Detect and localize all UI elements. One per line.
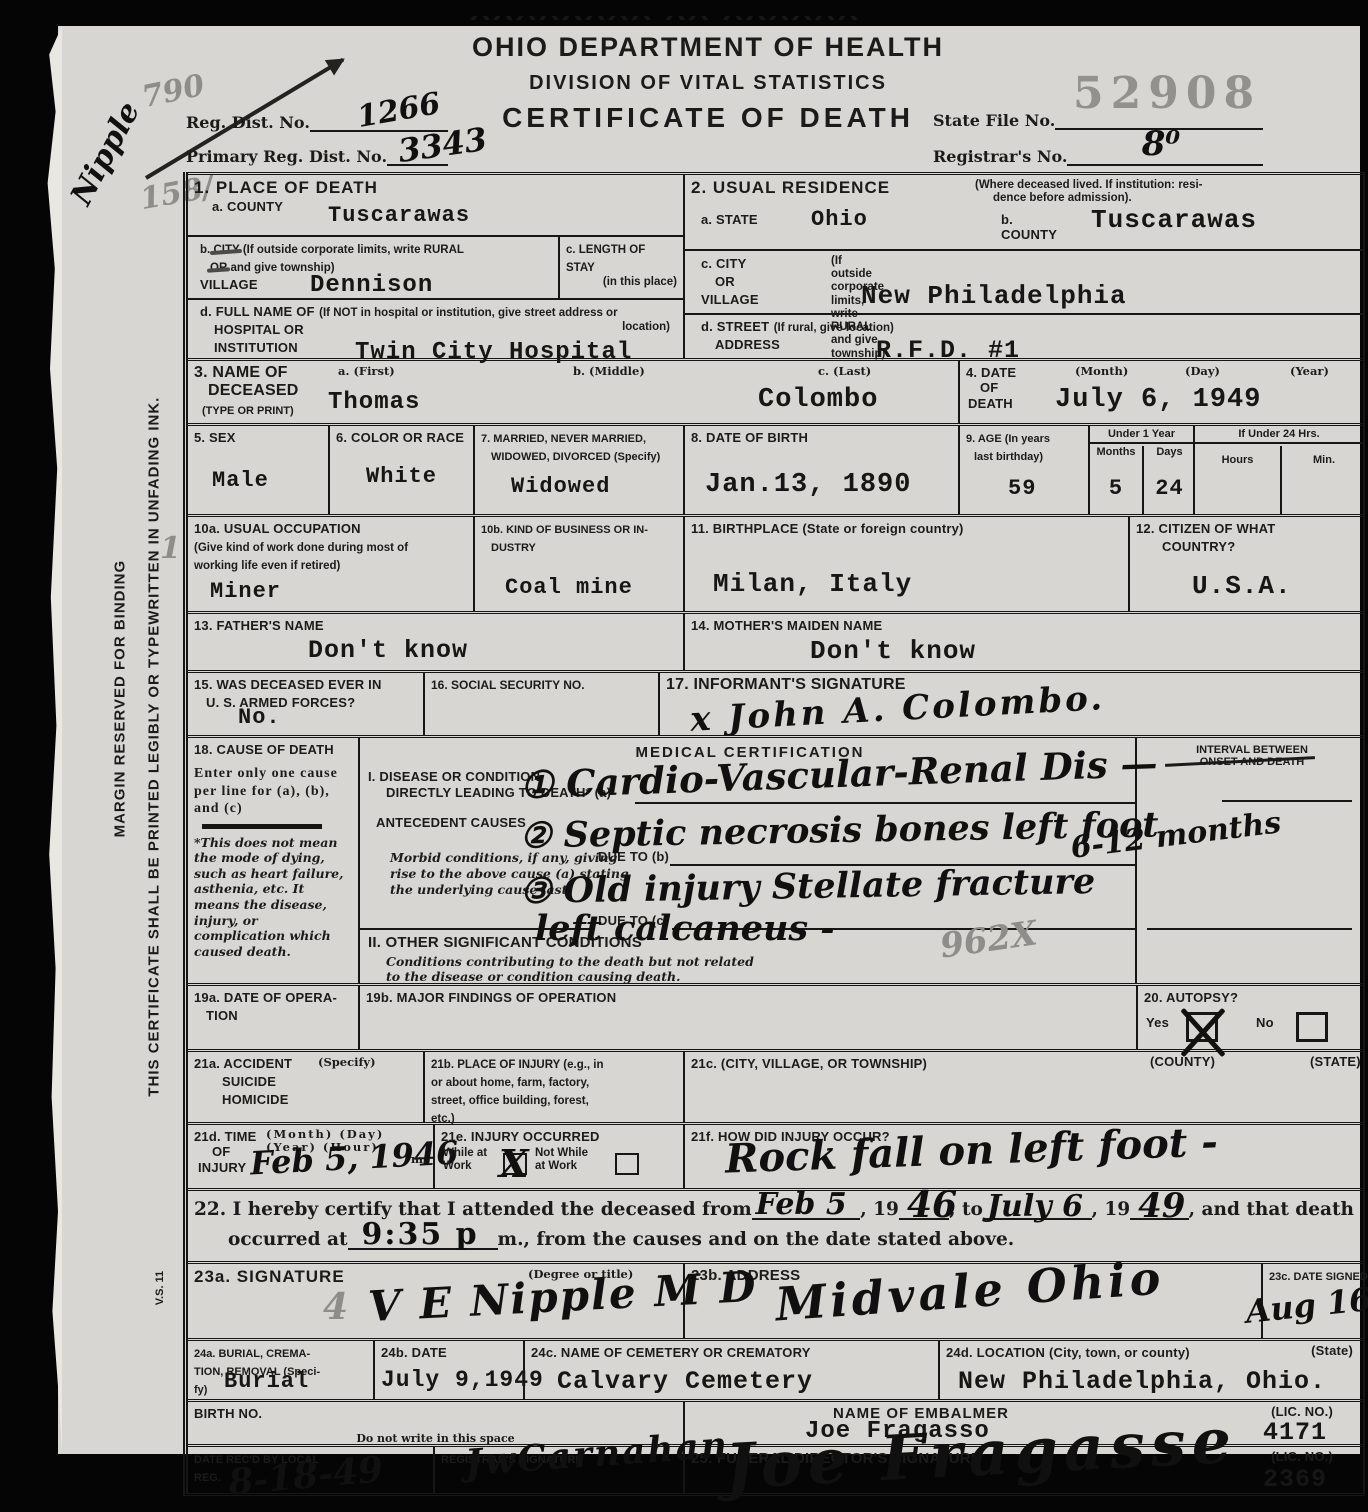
field-funeral-director: 25. FUNERAL DIRECTOR'S SIGNATURE (LIC. N… bbox=[683, 1447, 1363, 1493]
pencil-note-1: 1 bbox=[160, 531, 181, 566]
birthplace-label: 11. BIRTHPLACE (State or foreign country… bbox=[691, 521, 964, 536]
hours-label: Hours bbox=[1195, 454, 1280, 466]
cemetery-value: Calvary Cemetery bbox=[557, 1367, 813, 1396]
race-label: 6. COLOR OR RACE bbox=[336, 430, 464, 445]
findings-label: 19b. MAJOR FINDINGS OF OPERATION bbox=[366, 990, 616, 1005]
certify-to-value: July 6 bbox=[987, 1189, 1083, 1224]
county-label: a. COUNTY bbox=[212, 199, 283, 214]
date-recd-label2: REG. bbox=[194, 1472, 221, 1484]
ssn-label: 16. SOCIAL SECURITY NO. bbox=[431, 678, 585, 692]
field-cause-notes: 18. CAUSE OF DEATH Enter only one cause … bbox=[188, 738, 358, 983]
row-place-residence: 1. PLACE OF DEATH a. COUNTY Tuscarawas b… bbox=[188, 172, 1363, 358]
field-age: 9. AGE (In years last birthday) 59 bbox=[958, 426, 1088, 514]
state-label: a. STATE bbox=[701, 212, 758, 227]
accident-label2: SUICIDE bbox=[222, 1074, 276, 1089]
field-industry: 10b. KIND OF BUSINESS OR IN- DUSTRY Coal… bbox=[473, 517, 683, 611]
birth-no-label: BIRTH NO. bbox=[194, 1406, 262, 1421]
physician-pencil-4: 4 bbox=[323, 1286, 348, 1328]
certify-y1: , 19 bbox=[860, 1199, 899, 1220]
occupation-note: (Give kind of work done during most of bbox=[194, 542, 408, 555]
field-informant: 17. INFORMANT'S SIGNATURE x John A. Colo… bbox=[658, 673, 1363, 735]
injury-time-label3: INJURY bbox=[198, 1161, 246, 1176]
burial-loc-label: 24d. LOCATION (City, town, or county) bbox=[946, 1345, 1190, 1360]
reg-dist-label: Reg. Dist. No. bbox=[186, 113, 310, 132]
forces-value: No. bbox=[238, 705, 281, 730]
industry-label: 10b. KIND OF BUSINESS OR IN- bbox=[481, 524, 648, 536]
injury-place-label2: or about home, farm, factory, bbox=[431, 1077, 589, 1089]
autopsy-no-label: No bbox=[1256, 1016, 1274, 1031]
row-cause-of-death: 18. CAUSE OF DEATH Enter only one cause … bbox=[188, 735, 1363, 983]
cause-line-c2: left calcaneus - bbox=[535, 908, 835, 949]
dod-year: (Year) bbox=[1290, 365, 1329, 378]
dod-value: July 6, 1949 bbox=[1055, 385, 1261, 415]
physician-addr-value: Midvale Ohio bbox=[774, 1250, 1166, 1331]
burial-loc-value: New Philadelphia, Ohio. bbox=[958, 1367, 1326, 1396]
field-under-1-year: Under 1 Year Months 5 Days 24 bbox=[1088, 426, 1193, 514]
header: OHIO DEPARTMENT OF HEALTH DIVISION OF VI… bbox=[388, 32, 1028, 134]
row-occupation-birthplace: 10a. USUAL OCCUPATION (Give kind of work… bbox=[188, 514, 1363, 611]
field-date-of-operation: 19a. DATE OF OPERA- TION bbox=[188, 986, 358, 1049]
field-birthplace: 11. BIRTHPLACE (State or foreign country… bbox=[683, 517, 1128, 611]
field-injury-occurred: 21e. INJURY OCCURRED While atWork X Not … bbox=[433, 1125, 683, 1188]
mother-label: 14. MOTHER'S MAIDEN NAME bbox=[691, 618, 882, 633]
dob-value: Jan.13, 1890 bbox=[705, 470, 911, 500]
op-date-label: 19a. DATE OF OPERA- bbox=[194, 990, 337, 1005]
usual-residence-label: 2. USUAL RESIDENCE bbox=[691, 178, 890, 197]
occupation-label: 10a. USUAL OCCUPATION bbox=[194, 521, 361, 536]
certify-from-value: Feb 5 bbox=[756, 1187, 847, 1222]
middle-label: b. (Middle) bbox=[573, 365, 645, 378]
field-father: 13. FATHER'S NAME Don't know bbox=[188, 614, 683, 670]
res-city-label: c. CITY bbox=[701, 256, 746, 271]
occupation-note2: working life even if retired) bbox=[194, 560, 340, 572]
margin-binding-text: MARGIN RESERVED FOR BINDING bbox=[111, 389, 128, 1009]
injury-place-label: 21b. PLACE OF INJURY (e.g., in bbox=[431, 1059, 604, 1071]
birthplace-value: Milan, Italy bbox=[713, 569, 912, 599]
race-value: White bbox=[366, 464, 437, 489]
citizen-label2: COUNTRY? bbox=[1162, 539, 1235, 554]
not-while-checkbox[interactable] bbox=[615, 1153, 639, 1175]
certify-post: , and that death bbox=[1189, 1199, 1354, 1220]
cause-pencil-962x: 962X bbox=[938, 913, 1040, 966]
while-at-work-label2: Work bbox=[443, 1160, 472, 1172]
field-citizen: 12. CITIZEN OF WHAT COUNTRY? U.S.A. bbox=[1128, 517, 1363, 611]
margin-ink-text: THIS CERTIFICATE SHALL BE PRINTED LEGIBL… bbox=[145, 219, 162, 1275]
usual-residence-note2: dence before admission). bbox=[993, 192, 1132, 204]
field-physician-address: 23b. ADDRESS Midvale Ohio bbox=[683, 1264, 1261, 1338]
hospital-label3: INSTITUTION bbox=[214, 340, 298, 355]
row-sex-race-birth: 5. SEX Male 6. COLOR OR RACE White 7. MA… bbox=[188, 423, 1363, 514]
injury-time-label: 21d. TIME bbox=[194, 1129, 256, 1144]
row-burial: 24a. BURIAL, CREMA- TION, REMOVAL (Speci… bbox=[188, 1338, 1363, 1399]
certify-y1-value: 46 bbox=[907, 1184, 957, 1226]
or-label-struck: OR bbox=[210, 262, 227, 275]
field-name-of-deceased: 3. NAME OF DECEASED (TYPE OR PRINT) a. (… bbox=[188, 361, 958, 423]
street-label: d. STREET bbox=[701, 319, 769, 334]
mother-value: Don't know bbox=[810, 636, 976, 666]
first-value: Thomas bbox=[328, 389, 420, 416]
father-label: 13. FATHER'S NAME bbox=[194, 618, 324, 633]
field-burial-date: 24b. DATE July 9,1949 bbox=[373, 1341, 523, 1399]
field-accident-type: 21a. ACCIDENT (Specify) SUICIDE HOMICIDE bbox=[188, 1052, 423, 1122]
form-number-vs11: V.S. 11 bbox=[154, 1258, 166, 1318]
dod-label3: DEATH bbox=[968, 397, 1013, 412]
age-label: 9. AGE (In years bbox=[966, 433, 1050, 445]
field-time-of-injury: 21d. TIME (Month) (Day) (Year) (Hour) OF… bbox=[188, 1125, 433, 1188]
res-city-or: OR bbox=[715, 274, 735, 289]
citizen-value: U.S.A. bbox=[1192, 571, 1292, 601]
place-of-death-label: 1. PLACE OF DEATH bbox=[194, 178, 378, 197]
medical-certification: MEDICAL CERTIFICATION I. DISEASE OR COND… bbox=[358, 738, 1363, 983]
field-autopsy: 20. AUTOPSY? Yes No bbox=[1136, 986, 1363, 1049]
field-color-race: 6. COLOR OR RACE White bbox=[328, 426, 473, 514]
hospital-note: (If NOT in hospital or institution, give… bbox=[319, 307, 617, 319]
last-label: c. (Last) bbox=[818, 365, 871, 378]
res-city-value: New Philadelphia bbox=[861, 281, 1127, 311]
length-of-stay-label: c. LENGTH OF STAY bbox=[566, 244, 645, 274]
row-certify: 22. I hereby certify that I attended the… bbox=[188, 1188, 1363, 1261]
while-at-work-label: While atWork bbox=[443, 1147, 487, 1173]
header-dept: OHIO DEPARTMENT OF HEALTH bbox=[388, 32, 1028, 63]
father-value: Don't know bbox=[308, 636, 468, 665]
primary-reg-label: Primary Reg. Dist. No. bbox=[186, 147, 387, 166]
row-registrar: DATE REC'D BY LOCAL REG. 8-18-49 REGISTR… bbox=[188, 1444, 1363, 1493]
med-i-label: I. DISEASE OR CONDITION bbox=[368, 770, 540, 785]
row-operation-autopsy: 19a. DATE OF OPERA- TION 19b. MAJOR FIND… bbox=[188, 983, 1363, 1049]
field-date-of-death: 4. DATE (Month) (Day) (Year) OF DEATH Ju… bbox=[958, 361, 1363, 423]
street-note: (If rural, give location) bbox=[774, 322, 894, 334]
burial-loc-state: (State) bbox=[1311, 1344, 1353, 1359]
state-file-label: State File No. bbox=[933, 111, 1055, 130]
header-division: DIVISION OF VITAL STATISTICS bbox=[388, 72, 1028, 95]
field-physician-signature: 23a. SIGNATURE (Degree or title) 4 V E N… bbox=[188, 1264, 683, 1338]
injury-time-m: m. bbox=[411, 1153, 427, 1166]
certify-time-value: 9:35 p bbox=[362, 1217, 479, 1252]
min-label: Min. bbox=[1282, 454, 1366, 466]
city-b-prefix: b. bbox=[200, 244, 210, 256]
forces-label: 15. WAS DECEASED EVER IN bbox=[194, 677, 382, 692]
city-note: (If outside corporate limits, write RURA… bbox=[243, 244, 464, 256]
torn-paper-edge bbox=[46, 26, 62, 1454]
marital-label2: WIDOWED, DIVORCED (Specify) bbox=[491, 451, 660, 463]
dod-day: (Day) bbox=[1185, 365, 1220, 378]
industry-label2: DUSTRY bbox=[491, 542, 536, 554]
dod-month: (Month) bbox=[1075, 365, 1128, 378]
under1-label: Under 1 Year bbox=[1090, 426, 1193, 444]
age-value: 59 bbox=[1008, 476, 1036, 501]
registrar-no-value: 8⁰ bbox=[1142, 124, 1181, 164]
field-under-24-hrs: If Under 24 Hrs. Hours Min. bbox=[1193, 426, 1363, 514]
burial-value: Burial bbox=[224, 1369, 309, 1394]
months-label: Months bbox=[1090, 446, 1142, 458]
field-usual-residence: 2. USUAL RESIDENCE (Where deceased lived… bbox=[683, 175, 1363, 358]
res-city-village: VILLAGE bbox=[701, 292, 759, 307]
top-edge-cutoff-text: XXXXXXXX XX XXXXXX bbox=[470, 16, 1090, 28]
burial-label: 24a. BURIAL, CREMA- bbox=[194, 1348, 310, 1360]
hospital-note2: location) bbox=[622, 321, 670, 334]
days-value: 24 bbox=[1144, 476, 1195, 501]
cause-line-b: ② Septic necrosis bones left foot bbox=[520, 804, 1159, 856]
field-how-injury: 21f. HOW DID INJURY OCCUR? Rock fall on … bbox=[683, 1125, 1363, 1188]
age-label2: last birthday) bbox=[974, 451, 1043, 463]
injury-place-label3: street, office building, forest, bbox=[431, 1095, 589, 1107]
certificate-paper: MARGIN RESERVED FOR BINDING THIS CERTIFI… bbox=[58, 26, 1360, 1454]
field-major-findings: 19b. MAJOR FINDINGS OF OPERATION bbox=[358, 986, 1136, 1049]
dod-label: 4. DATE bbox=[966, 365, 1016, 380]
cemetery-label: 24c. NAME OF CEMETERY OR CREMATORY bbox=[531, 1345, 811, 1360]
field-armed-forces: 15. WAS DECEASED EVER IN U. S. ARMED FOR… bbox=[188, 673, 423, 735]
not-while-label2: at Work bbox=[535, 1160, 577, 1172]
length-of-stay: c. LENGTH OF STAY (in this place) bbox=[558, 237, 683, 298]
injury-state-label: (STATE) bbox=[1310, 1055, 1361, 1070]
under24-label: If Under 24 Hrs. bbox=[1195, 426, 1363, 444]
field-place-of-death: 1. PLACE OF DEATH a. COUNTY Tuscarawas b… bbox=[188, 175, 683, 358]
sex-value: Male bbox=[212, 468, 269, 493]
cause-line-c1: ③ Old injury Stellate fracture bbox=[520, 861, 1096, 912]
county-value: Tuscarawas bbox=[328, 203, 470, 228]
sex-label: 5. SEX bbox=[194, 430, 236, 445]
certify-line2-post: m., from the causes and on the date stat… bbox=[498, 1229, 1015, 1250]
field-sex: 5. SEX Male bbox=[188, 426, 328, 514]
med-ii-note1: Conditions contributing to the death but… bbox=[386, 954, 754, 970]
row-name-dod: 3. NAME OF DECEASED (TYPE OR PRINT) a. (… bbox=[188, 358, 1363, 423]
injury-city-label: 21c. (CITY, VILLAGE, OR TOWNSHIP) bbox=[691, 1056, 927, 1071]
interval-column: INTERVAL BETWEEN ONSET AND DEATH bbox=[1135, 738, 1367, 983]
name-label: 3. NAME OF bbox=[194, 364, 288, 381]
city-value: Dennison bbox=[310, 272, 433, 299]
autopsy-no-checkbox[interactable] bbox=[1296, 1012, 1328, 1042]
cause-note1: Enter only one cause per line for (a), (… bbox=[194, 765, 352, 818]
field-registrar-signature: REGISTRAR'S SIGNATURE JwCarnahan bbox=[433, 1447, 683, 1493]
name-label2: DECEASED bbox=[208, 382, 299, 399]
op-date-label2: TION bbox=[206, 1008, 238, 1023]
margin-name-note: Nipple bbox=[64, 96, 147, 211]
burial-label3: fy) bbox=[194, 1384, 207, 1396]
marital-label: 7. MARRIED, NEVER MARRIED, bbox=[481, 433, 646, 445]
funeral-lic-label: (LIC. NO.) bbox=[1271, 1450, 1333, 1465]
field-dob: 8. DATE OF BIRTH Jan.13, 1890 bbox=[683, 426, 958, 514]
burial-date-value: July 9,1949 bbox=[381, 1367, 544, 1393]
scanned-death-certificate: MARGIN RESERVED FOR BINDING THIS CERTIFI… bbox=[0, 0, 1368, 1512]
first-label: a. (First) bbox=[338, 365, 395, 378]
street-label2: ADDRESS bbox=[715, 337, 780, 352]
months-value: 5 bbox=[1090, 476, 1142, 501]
while-at-work-x: X bbox=[499, 1141, 528, 1186]
dod-label2: OF bbox=[980, 381, 998, 396]
accident-label: 21a. ACCIDENT bbox=[194, 1056, 292, 1071]
marital-value: Widowed bbox=[511, 474, 610, 499]
header-right-fields: State File No. Registrar's No. 8⁰ bbox=[933, 98, 1263, 166]
accident-label3: HOMICIDE bbox=[222, 1092, 289, 1107]
row-physician: 23a. SIGNATURE (Degree or title) 4 V E N… bbox=[188, 1261, 1363, 1338]
name-label3: (TYPE OR PRINT) bbox=[202, 405, 294, 417]
field-date-signed: 23c. DATE SIGNED Aug 16, 1949. bbox=[1261, 1264, 1363, 1338]
hospital-label2: HOSPITAL OR bbox=[214, 322, 304, 337]
forces-label2: U. S. ARMED FORCES? bbox=[206, 695, 355, 710]
certify-y2: , 19 bbox=[1092, 1199, 1131, 1220]
days-label: Days bbox=[1144, 446, 1195, 458]
village-label: VILLAGE bbox=[200, 277, 258, 292]
field-ssn: 16. SOCIAL SECURITY NO. bbox=[423, 673, 658, 735]
embalmer-lic: 4171 bbox=[1263, 1418, 1327, 1447]
interval-label1: INTERVAL BETWEEN bbox=[1137, 744, 1367, 756]
form: 1. PLACE OF DEATH a. COUNTY Tuscarawas b… bbox=[183, 172, 1365, 1496]
certify-y2-value: 49 bbox=[1138, 1186, 1185, 1226]
citizen-label: 12. CITIZEN OF WHAT bbox=[1136, 521, 1275, 536]
funeral-lic: 2369 bbox=[1263, 1465, 1327, 1494]
length-of-stay-note: (in this place) bbox=[603, 276, 677, 289]
last-value: Colombo bbox=[758, 385, 878, 415]
row-parents: 13. FATHER'S NAME Don't know 14. MOTHER'… bbox=[188, 611, 1363, 670]
registrar-no-label: Registrar's No. bbox=[933, 147, 1067, 166]
accident-specify: (Specify) bbox=[318, 1056, 376, 1069]
field-date-received: DATE REC'D BY LOCAL REG. 8-18-49 bbox=[188, 1447, 433, 1493]
field-mother: 14. MOTHER'S MAIDEN NAME Don't know bbox=[683, 614, 1363, 670]
cause-label: 18. CAUSE OF DEATH bbox=[194, 742, 334, 757]
med-antecedent: ANTECEDENT CAUSES bbox=[376, 816, 526, 831]
field-cemetery: 24c. NAME OF CEMETERY OR CREMATORY Calva… bbox=[523, 1341, 938, 1399]
header-left-fields: Reg. Dist. No. 1266 Primary Reg. Dist. N… bbox=[186, 96, 448, 166]
usual-residence-note: (Where deceased lived. If institution: r… bbox=[975, 179, 1305, 205]
state-value: Ohio bbox=[811, 207, 868, 232]
autopsy-x-mark bbox=[1172, 1000, 1232, 1066]
not-while-label: Not Whileat Work bbox=[535, 1147, 588, 1173]
industry-value: Coal mine bbox=[505, 575, 633, 600]
res-county-value: Tuscarawas bbox=[1091, 205, 1257, 235]
field-injury-location: 21c. (CITY, VILLAGE, OR TOWNSHIP) (COUNT… bbox=[683, 1052, 1363, 1122]
field-place-of-injury: 21b. PLACE OF INJURY (e.g., in or about … bbox=[423, 1052, 683, 1122]
injury-time-label2: OF bbox=[212, 1145, 230, 1160]
field-marital: 7. MARRIED, NEVER MARRIED, WIDOWED, DIVO… bbox=[473, 426, 683, 514]
row-forces-informant: 15. WAS DECEASED EVER IN U. S. ARMED FOR… bbox=[188, 670, 1363, 735]
physician-sig-label: 23a. SIGNATURE bbox=[194, 1267, 345, 1286]
field-burial-location: 24d. LOCATION (City, town, or county) (S… bbox=[938, 1341, 1363, 1399]
hospital-label: d. FULL NAME OF bbox=[200, 304, 315, 319]
field-burial-type: 24a. BURIAL, CREMA- TION, REMOVAL (Speci… bbox=[188, 1341, 373, 1399]
burial-date-label: 24b. DATE bbox=[381, 1345, 447, 1360]
row-injury-time: 21d. TIME (Month) (Day) (Year) (Hour) OF… bbox=[188, 1122, 1363, 1188]
occupation-value: Miner bbox=[210, 579, 281, 604]
cause-note2: *This does not mean the mode of dying, s… bbox=[194, 835, 352, 960]
city-label-struck: CITY bbox=[213, 244, 239, 257]
autopsy-yes-label: Yes bbox=[1146, 1016, 1169, 1031]
certify-line2-pre: occurred at bbox=[228, 1229, 348, 1250]
res-county-label: b. COUNTY bbox=[1001, 213, 1057, 243]
dob-label: 8. DATE OF BIRTH bbox=[691, 430, 808, 445]
field-occupation: 10a. USUAL OCCUPATION (Give kind of work… bbox=[188, 517, 473, 611]
